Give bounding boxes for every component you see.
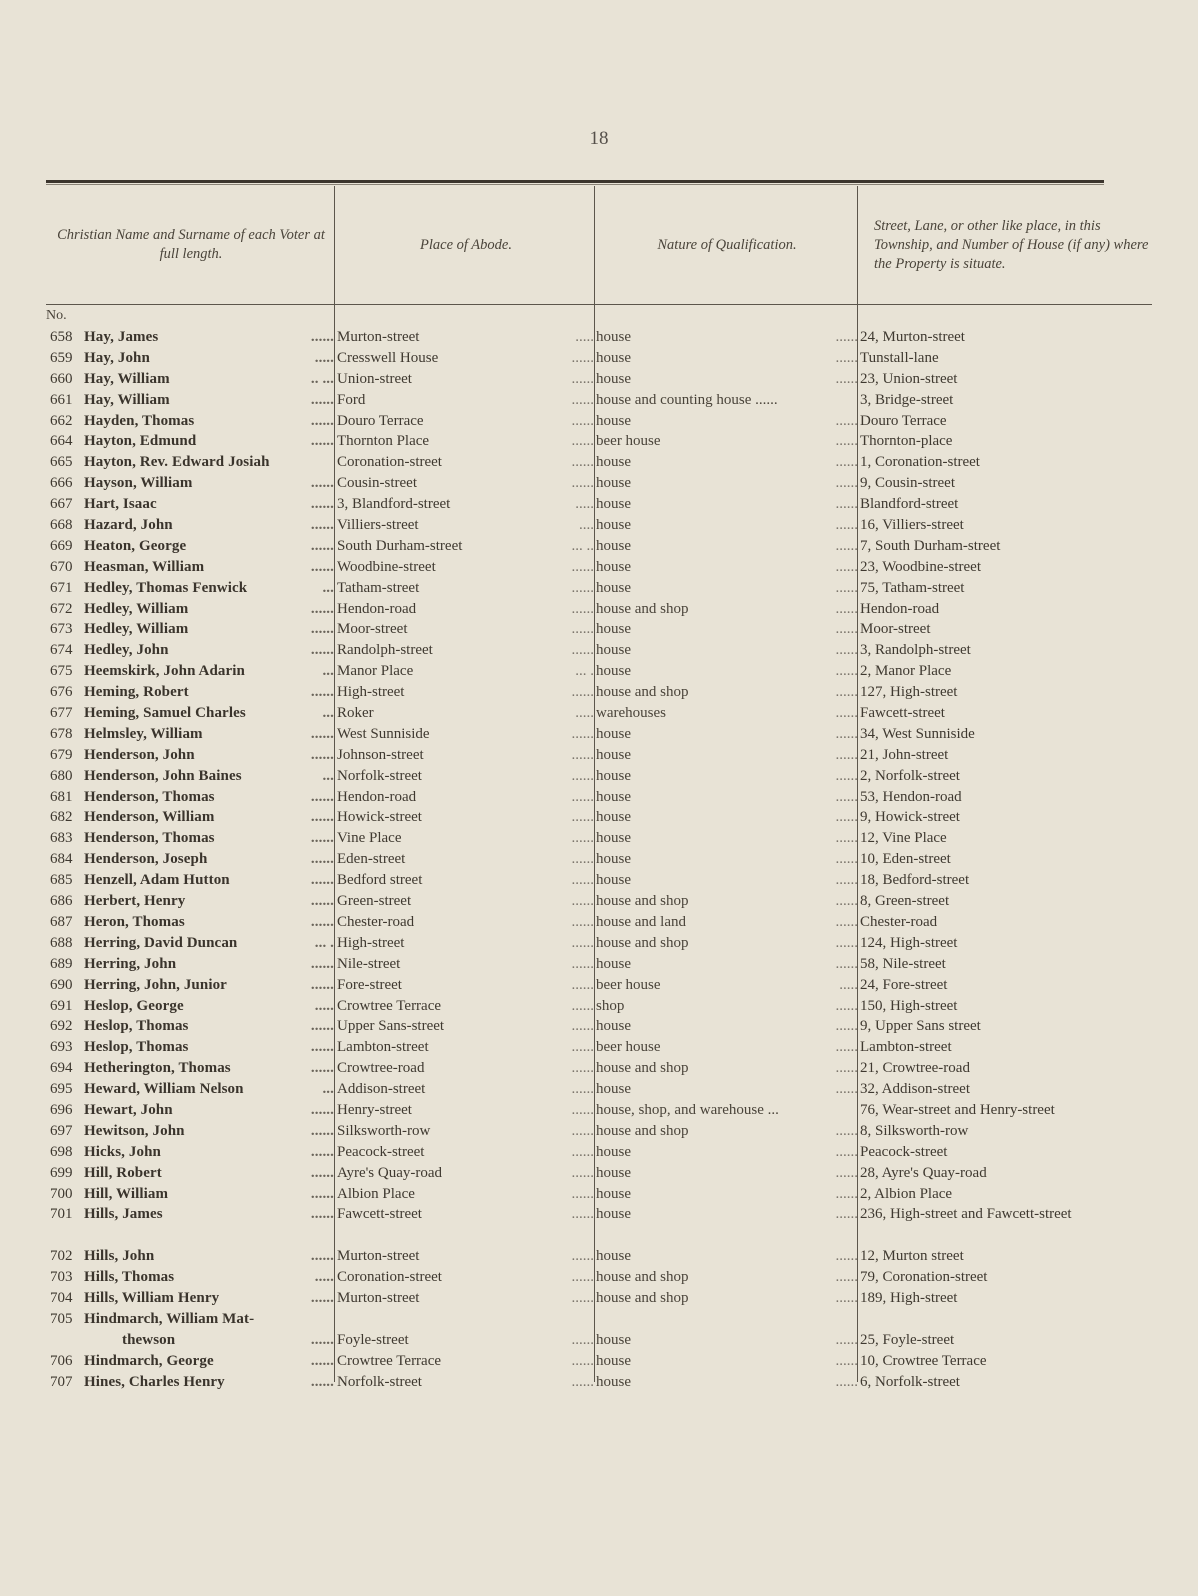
voter-number: 667 [50,494,82,515]
leader-dots: ...... [552,787,594,808]
voter-row: 674Hedley, John......Randolph-street....… [0,640,1198,661]
place-of-abode: Upper Sans-street [337,1016,547,1037]
property-street: Chester-road [860,912,1160,933]
qualification: house [596,369,816,390]
voter-name: Hill, Robert...... [84,1163,334,1184]
header-rule [46,304,1152,305]
qualification: house and shop [596,891,816,912]
property-street: 10, Eden-street [860,849,1160,870]
property-street: 23, Union-street [860,369,1160,390]
voter-name: Heslop, Thomas...... [84,1037,334,1058]
leader-dots: ...... [552,1267,594,1288]
leader-dots: ... .. [552,536,594,557]
place-of-abode: Crowtree Terrace [337,1351,547,1372]
place-of-abode: Hendon-road [337,599,547,620]
leader-dots: ...... [311,1058,334,1079]
qualification: house [596,787,816,808]
voter-name: Hay, William...... [84,390,334,411]
place-of-abode: Union-street [337,369,547,390]
property-street: Fawcett-street [860,703,1160,724]
leader-dots: ...... [552,1246,594,1267]
voter-row: 666Hayson, William......Cousin-street...… [0,473,1198,494]
voter-name: Henderson, Thomas...... [84,787,334,808]
voter-name-text: Hayton, Rev. Edward Josiah [84,454,270,470]
leader-dots: ...... [552,348,594,369]
place-of-abode: Murton-street [337,327,547,348]
voter-name: Herring, David Duncan... . [84,933,334,954]
voter-row: 680Henderson, John Baines...Norfolk-stre… [0,766,1198,787]
place-of-abode: Chester-road [337,912,547,933]
leader-dots: ...... [814,912,858,933]
voter-row: 687Heron, Thomas......Chester-road......… [0,912,1198,933]
voter-name-text: Hindmarch, George [84,1353,214,1369]
voter-name-text: Hill, Robert [84,1165,162,1181]
voter-row: 682Henderson, William......Howick-street… [0,807,1198,828]
qualification: house [596,766,816,787]
number-column-label: No. [46,308,67,324]
leader-dots: ...... [552,411,594,432]
leader-dots: ...... [552,1037,594,1058]
voter-number: 676 [50,682,82,703]
leader-dots: ...... [311,1016,334,1037]
leader-dots: ...... [552,1016,594,1037]
voter-name-text: Hayton, Edmund [84,433,196,449]
voter-name-text: Hay, John [84,350,150,366]
leader-dots: ...... [814,933,858,954]
qualification: house [596,724,816,745]
voter-name-text: Hewart, John [84,1102,173,1118]
leader-dots: ..... [552,703,594,724]
leader-dots: .... [552,515,594,536]
place-of-abode: Fore-street [337,975,547,996]
voter-row: 661Hay, William......Ford......house and… [0,390,1198,411]
voter-row: 698Hicks, John......Peacock-street......… [0,1142,1198,1163]
qualification: house [596,1184,816,1205]
property-street: 79, Coronation-street [860,1267,1160,1288]
voter-row: 659Hay, John.....Cresswell House......ho… [0,348,1198,369]
qualification: house and shop [596,1267,816,1288]
place-of-abode: Peacock-street [337,1142,547,1163]
place-of-abode: Randolph-street [337,640,547,661]
voter-number: 665 [50,452,82,473]
voter-name: Hay, William.. ... [84,369,334,390]
leader-dots: ...... [311,724,334,745]
property-street: 2, Albion Place [860,1184,1160,1205]
voter-row: 664Hayton, Edmund......Thornton Place...… [0,431,1198,452]
voter-name: Herring, John...... [84,954,334,975]
leader-dots: ... [322,578,334,599]
property-street: 2, Norfolk-street [860,766,1160,787]
leader-dots: ...... [311,599,334,620]
place-of-abode: Tatham-street [337,578,547,599]
voter-name-text: Hills, Thomas [84,1269,174,1285]
voter-name-text: Henderson, John [84,747,195,763]
place-of-abode: Murton-street [337,1246,547,1267]
voter-number: 694 [50,1058,82,1079]
voter-name: Hayden, Thomas...... [84,411,334,432]
leader-dots: ...... [311,954,334,975]
voter-row: 667Hart, Isaac......3, Blandford-street.… [0,494,1198,515]
leader-dots: ..... [814,975,858,996]
header-abode: Place of Abode. [336,186,596,304]
place-of-abode: Crowtree-road [337,1058,547,1079]
leader-dots: .. ... [311,369,334,390]
voter-number: 672 [50,599,82,620]
leader-dots: ...... [552,619,594,640]
property-street: 8, Green-street [860,891,1160,912]
property-street: 124, High-street [860,933,1160,954]
voter-name-text: Hedley, Thomas Fenwick [84,580,247,596]
place-of-abode: Murton-street [337,1288,547,1309]
property-street: 189, High-street [860,1288,1160,1309]
voter-name-text: Henderson, Thomas [84,789,215,805]
qualification: house and shop [596,1121,816,1142]
leader-dots: ...... [552,1163,594,1184]
leader-dots: ...... [552,431,594,452]
voter-number: 673 [50,619,82,640]
leader-dots: ...... [552,1204,594,1225]
leader-dots: ... . [552,661,594,682]
leader-dots: ... [322,1079,334,1100]
voter-row: 670Heasman, William......Woodbine-street… [0,557,1198,578]
leader-dots: ...... [552,1100,594,1121]
voter-row: 697Hewitson, John......Silksworth-row...… [0,1121,1198,1142]
qualification: house [596,1330,816,1351]
property-street: 25, Foyle-street [860,1330,1160,1351]
leader-dots: ...... [311,411,334,432]
voter-name: Helmsley, William...... [84,724,334,745]
voter-row: 691Heslop, George.....Crowtree Terrace..… [0,996,1198,1017]
voter-number: 690 [50,975,82,996]
qualification: shop [596,996,816,1017]
voter-name-text: Heslop, George [84,998,184,1014]
voter-name: Heemskirk, John Adarin... [84,661,334,682]
voter-name-text: Hills, James [84,1206,163,1222]
qualification: house [596,1016,816,1037]
property-street: 58, Nile-street [860,954,1160,975]
voter-name-text: Heward, William Nelson [84,1081,244,1097]
voter-number: 670 [50,557,82,578]
voter-name: Hills, James...... [84,1204,334,1225]
qualification: beer house [596,431,816,452]
leader-dots: ..... [552,327,594,348]
property-street: 7, South Durham-street [860,536,1160,557]
leader-dots: ...... [814,452,858,473]
leader-dots: ...... [814,473,858,494]
voter-number: 695 [50,1079,82,1100]
header-name: Christian Name and Surname of each Voter… [46,186,336,304]
leader-dots: ...... [814,369,858,390]
voter-name-text: Hedley, William [84,621,188,637]
qualification: house and counting house ...... [596,390,816,411]
leader-dots: ...... [814,682,858,703]
voter-number: 703 [50,1267,82,1288]
voter-number: 659 [50,348,82,369]
voter-name-text: Heasman, William [84,559,204,575]
voter-name: Hayton, Rev. Edward Josiah [84,452,334,473]
voter-row: 694Hetherington, Thomas......Crowtree-ro… [0,1058,1198,1079]
voter-name: Hewitson, John...... [84,1121,334,1142]
voter-name: Hedley, John...... [84,640,334,661]
leader-dots: ...... [552,849,594,870]
property-street: 23, Woodbine-street [860,557,1160,578]
place-of-abode: High-street [337,933,547,954]
voter-name: Hill, William...... [84,1184,334,1205]
leader-dots: ...... [311,849,334,870]
leader-dots: ..... [552,494,594,515]
voter-number: 671 [50,578,82,599]
voter-number: 699 [50,1163,82,1184]
voter-name: Heslop, George..... [84,996,334,1017]
voter-row: 679Henderson, John......Johnson-street..… [0,745,1198,766]
place-of-abode: Moor-street [337,619,547,640]
qualification: house [596,557,816,578]
voter-row: 671Hedley, Thomas Fenwick...Tatham-stree… [0,578,1198,599]
leader-dots: ...... [552,870,594,891]
voter-name: Hills, William Henry...... [84,1288,334,1309]
voter-row: 701Hills, James......Fawcett-street.....… [0,1204,1198,1246]
leader-dots: ...... [311,1288,334,1309]
qualification: house [596,619,816,640]
voter-number: 705 [50,1309,82,1330]
leader-dots: ...... [552,369,594,390]
voter-number: 661 [50,390,82,411]
leader-dots: ...... [814,578,858,599]
property-street: 150, High-street [860,996,1160,1017]
voter-row: 699Hill, Robert......Ayre's Quay-road...… [0,1163,1198,1184]
qualification: warehouses [596,703,816,724]
leader-dots: ...... [552,912,594,933]
leader-dots: ...... [814,599,858,620]
page-number: 18 [0,128,1198,150]
leader-dots: ...... [552,745,594,766]
leader-dots: ...... [814,431,858,452]
leader-dots: ...... [311,870,334,891]
qualification: house [596,828,816,849]
voter-name-text: Hindmarch, William Mat- [84,1311,254,1327]
voter-number: 687 [50,912,82,933]
qualification: house, shop, and warehouse ... [596,1100,816,1121]
voter-row: 706Hindmarch, George......Crowtree Terra… [0,1351,1198,1372]
property-street: Blandford-street [860,494,1160,515]
voter-name: Henderson, Joseph...... [84,849,334,870]
property-street: 76, Wear-street and Henry-street [860,1100,1160,1121]
voter-number: 668 [50,515,82,536]
voter-name: Hills, John...... [84,1246,334,1267]
voter-number: 674 [50,640,82,661]
voter-row: 703Hills, Thomas.....Coronation-street..… [0,1267,1198,1288]
place-of-abode: Villiers-street [337,515,547,536]
leader-dots: ...... [552,682,594,703]
qualification: beer house [596,1037,816,1058]
header-qualification: Nature of Qualification. [596,186,858,304]
place-of-abode: Johnson-street [337,745,547,766]
leader-dots: ..... [315,348,334,369]
voter-row: 673Hedley, William......Moor-street.....… [0,619,1198,640]
qualification: house [596,578,816,599]
leader-dots: ...... [814,1163,858,1184]
voter-row: 658Hay, James......Murton-street.....hou… [0,327,1198,348]
voter-name-text: Helmsley, William [84,726,203,742]
leader-dots: ...... [814,640,858,661]
property-street: 10, Crowtree Terrace [860,1351,1160,1372]
leader-dots: ...... [552,724,594,745]
place-of-abode: South Durham-street [337,536,547,557]
voter-name-text: Henderson, Thomas [84,830,215,846]
voter-row: 702Hills, John......Murton-street......h… [0,1246,1198,1267]
leader-dots: ...... [311,682,334,703]
place-of-abode: Eden-street [337,849,547,870]
header-street: Street, Lane, or other like place, in th… [858,186,1158,304]
voter-name-text: Hayson, William [84,475,192,491]
voter-row: 685Henzell, Adam Hutton......Bedford str… [0,870,1198,891]
voter-row: 672Hedley, William......Hendon-road.....… [0,599,1198,620]
qualification: house [596,661,816,682]
leader-dots: ...... [311,828,334,849]
leader-dots: ...... [311,1246,334,1267]
leader-dots: ...... [552,1121,594,1142]
voter-number: 664 [50,431,82,452]
voter-name-text: Herring, John, Junior [84,977,227,993]
leader-dots: ...... [552,599,594,620]
place-of-abode: Woodbine-street [337,557,547,578]
qualification: house and shop [596,599,816,620]
leader-dots: ...... [552,1351,594,1372]
place-of-abode: Bedford street [337,870,547,891]
voter-name: Hines, Charles Henry...... [84,1372,334,1393]
leader-dots: ...... [814,1058,858,1079]
voter-name: Hayson, William...... [84,473,334,494]
leader-dots: ...... [814,1246,858,1267]
voter-number: 704 [50,1288,82,1309]
leader-dots: ...... [311,536,334,557]
voter-number: 693 [50,1037,82,1058]
place-of-abode: Roker [337,703,547,724]
voter-number: 689 [50,954,82,975]
qualification: house and shop [596,933,816,954]
leader-dots: ...... [814,1121,858,1142]
leader-dots: ...... [311,891,334,912]
leader-dots: ...... [814,828,858,849]
leader-dots: ...... [311,494,334,515]
voter-row: 700Hill, William......Albion Place......… [0,1184,1198,1205]
property-street: 3, Randolph-street [860,640,1160,661]
voter-name-text: Henzell, Adam Hutton [84,872,230,888]
leader-dots: ..... [315,1267,334,1288]
voter-name: Heron, Thomas...... [84,912,334,933]
voter-name-text: Hedley, John [84,642,169,658]
voter-name: Hindmarch, George...... [84,1351,334,1372]
leader-dots: ...... [311,327,334,348]
voter-name: Heaton, George...... [84,536,334,557]
leader-dots: ...... [814,1142,858,1163]
leader-dots: ...... [552,1142,594,1163]
voter-name: Hetherington, Thomas...... [84,1058,334,1079]
voter-number: 701 [50,1204,82,1225]
voter-name: Hazard, John...... [84,515,334,536]
voter-name-text: Herring, John [84,956,176,972]
voter-name-text: Hetherington, Thomas [84,1060,231,1076]
place-of-abode: Lambton-street [337,1037,547,1058]
place-of-abode: Manor Place [337,661,547,682]
leader-dots: ...... [311,745,334,766]
leader-dots: ...... [311,1163,334,1184]
place-of-abode: Ayre's Quay-road [337,1163,547,1184]
leader-dots: ...... [814,411,858,432]
voter-row: 695Heward, William Nelson...Addison-stre… [0,1079,1198,1100]
leader-dots: ...... [311,1372,334,1393]
voter-number: 677 [50,703,82,724]
property-street: Tunstall-lane [860,348,1160,369]
place-of-abode: Fawcett-street [337,1204,547,1225]
property-street: 12, Murton street [860,1246,1160,1267]
qualification: house [596,1142,816,1163]
voter-name-text: Hicks, John [84,1144,161,1160]
leader-dots: ... [322,703,334,724]
voter-number: 669 [50,536,82,557]
place-of-abode: Cresswell House [337,348,547,369]
voter-row: 688Herring, David Duncan... .High-street… [0,933,1198,954]
leader-dots: ...... [552,473,594,494]
property-street: 8, Silksworth-row [860,1121,1160,1142]
property-street: Peacock-street [860,1142,1160,1163]
property-street: 9, Howick-street [860,807,1160,828]
leader-dots: ...... [311,473,334,494]
place-of-abode: Hendon-road [337,787,547,808]
voter-row: 675Heemskirk, John Adarin...Manor Place.… [0,661,1198,682]
voter-number: 678 [50,724,82,745]
leader-dots: ... . [315,933,334,954]
top-rule [46,180,1104,183]
voter-name: Hedley, William...... [84,619,334,640]
property-street: Moor-street [860,619,1160,640]
voter-name: Hindmarch, William Mat- [84,1309,334,1330]
voter-name-text: Hills, John [84,1248,154,1264]
leader-dots: ...... [814,724,858,745]
place-of-abode: Coronation-street [337,452,547,473]
voter-name: Herring, John, Junior...... [84,975,334,996]
qualification: house [596,849,816,870]
leader-dots: ...... [552,390,594,411]
property-street: 6, Norfolk-street [860,1372,1160,1393]
qualification: house [596,1204,816,1225]
qualification: house and land [596,912,816,933]
property-street: 24, Fore-street [860,975,1160,996]
leader-dots: ...... [814,1288,858,1309]
leader-dots: ...... [814,661,858,682]
qualification: beer house [596,975,816,996]
leader-dots: ...... [552,933,594,954]
leader-dots: ...... [814,1330,858,1351]
voter-number: 680 [50,766,82,787]
qualification: house [596,870,816,891]
voter-number: 679 [50,745,82,766]
property-street: Thornton-place [860,431,1160,452]
voter-row: 683Henderson, Thomas......Vine Place....… [0,828,1198,849]
leader-dots: ...... [552,891,594,912]
voter-name-text: Heaton, George [84,538,186,554]
voter-name: Hart, Isaac...... [84,494,334,515]
place-of-abode: Howick-street [337,807,547,828]
place-of-abode: Vine Place [337,828,547,849]
leader-dots: ...... [552,975,594,996]
voter-row: 677Heming, Samuel Charles...Roker.....wa… [0,703,1198,724]
qualification: house [596,954,816,975]
place-of-abode: Addison-street [337,1079,547,1100]
voter-row: 665Hayton, Rev. Edward JosiahCoronation-… [0,452,1198,473]
voter-name: Hay, James...... [84,327,334,348]
voter-name-text: Hay, James [84,329,158,345]
